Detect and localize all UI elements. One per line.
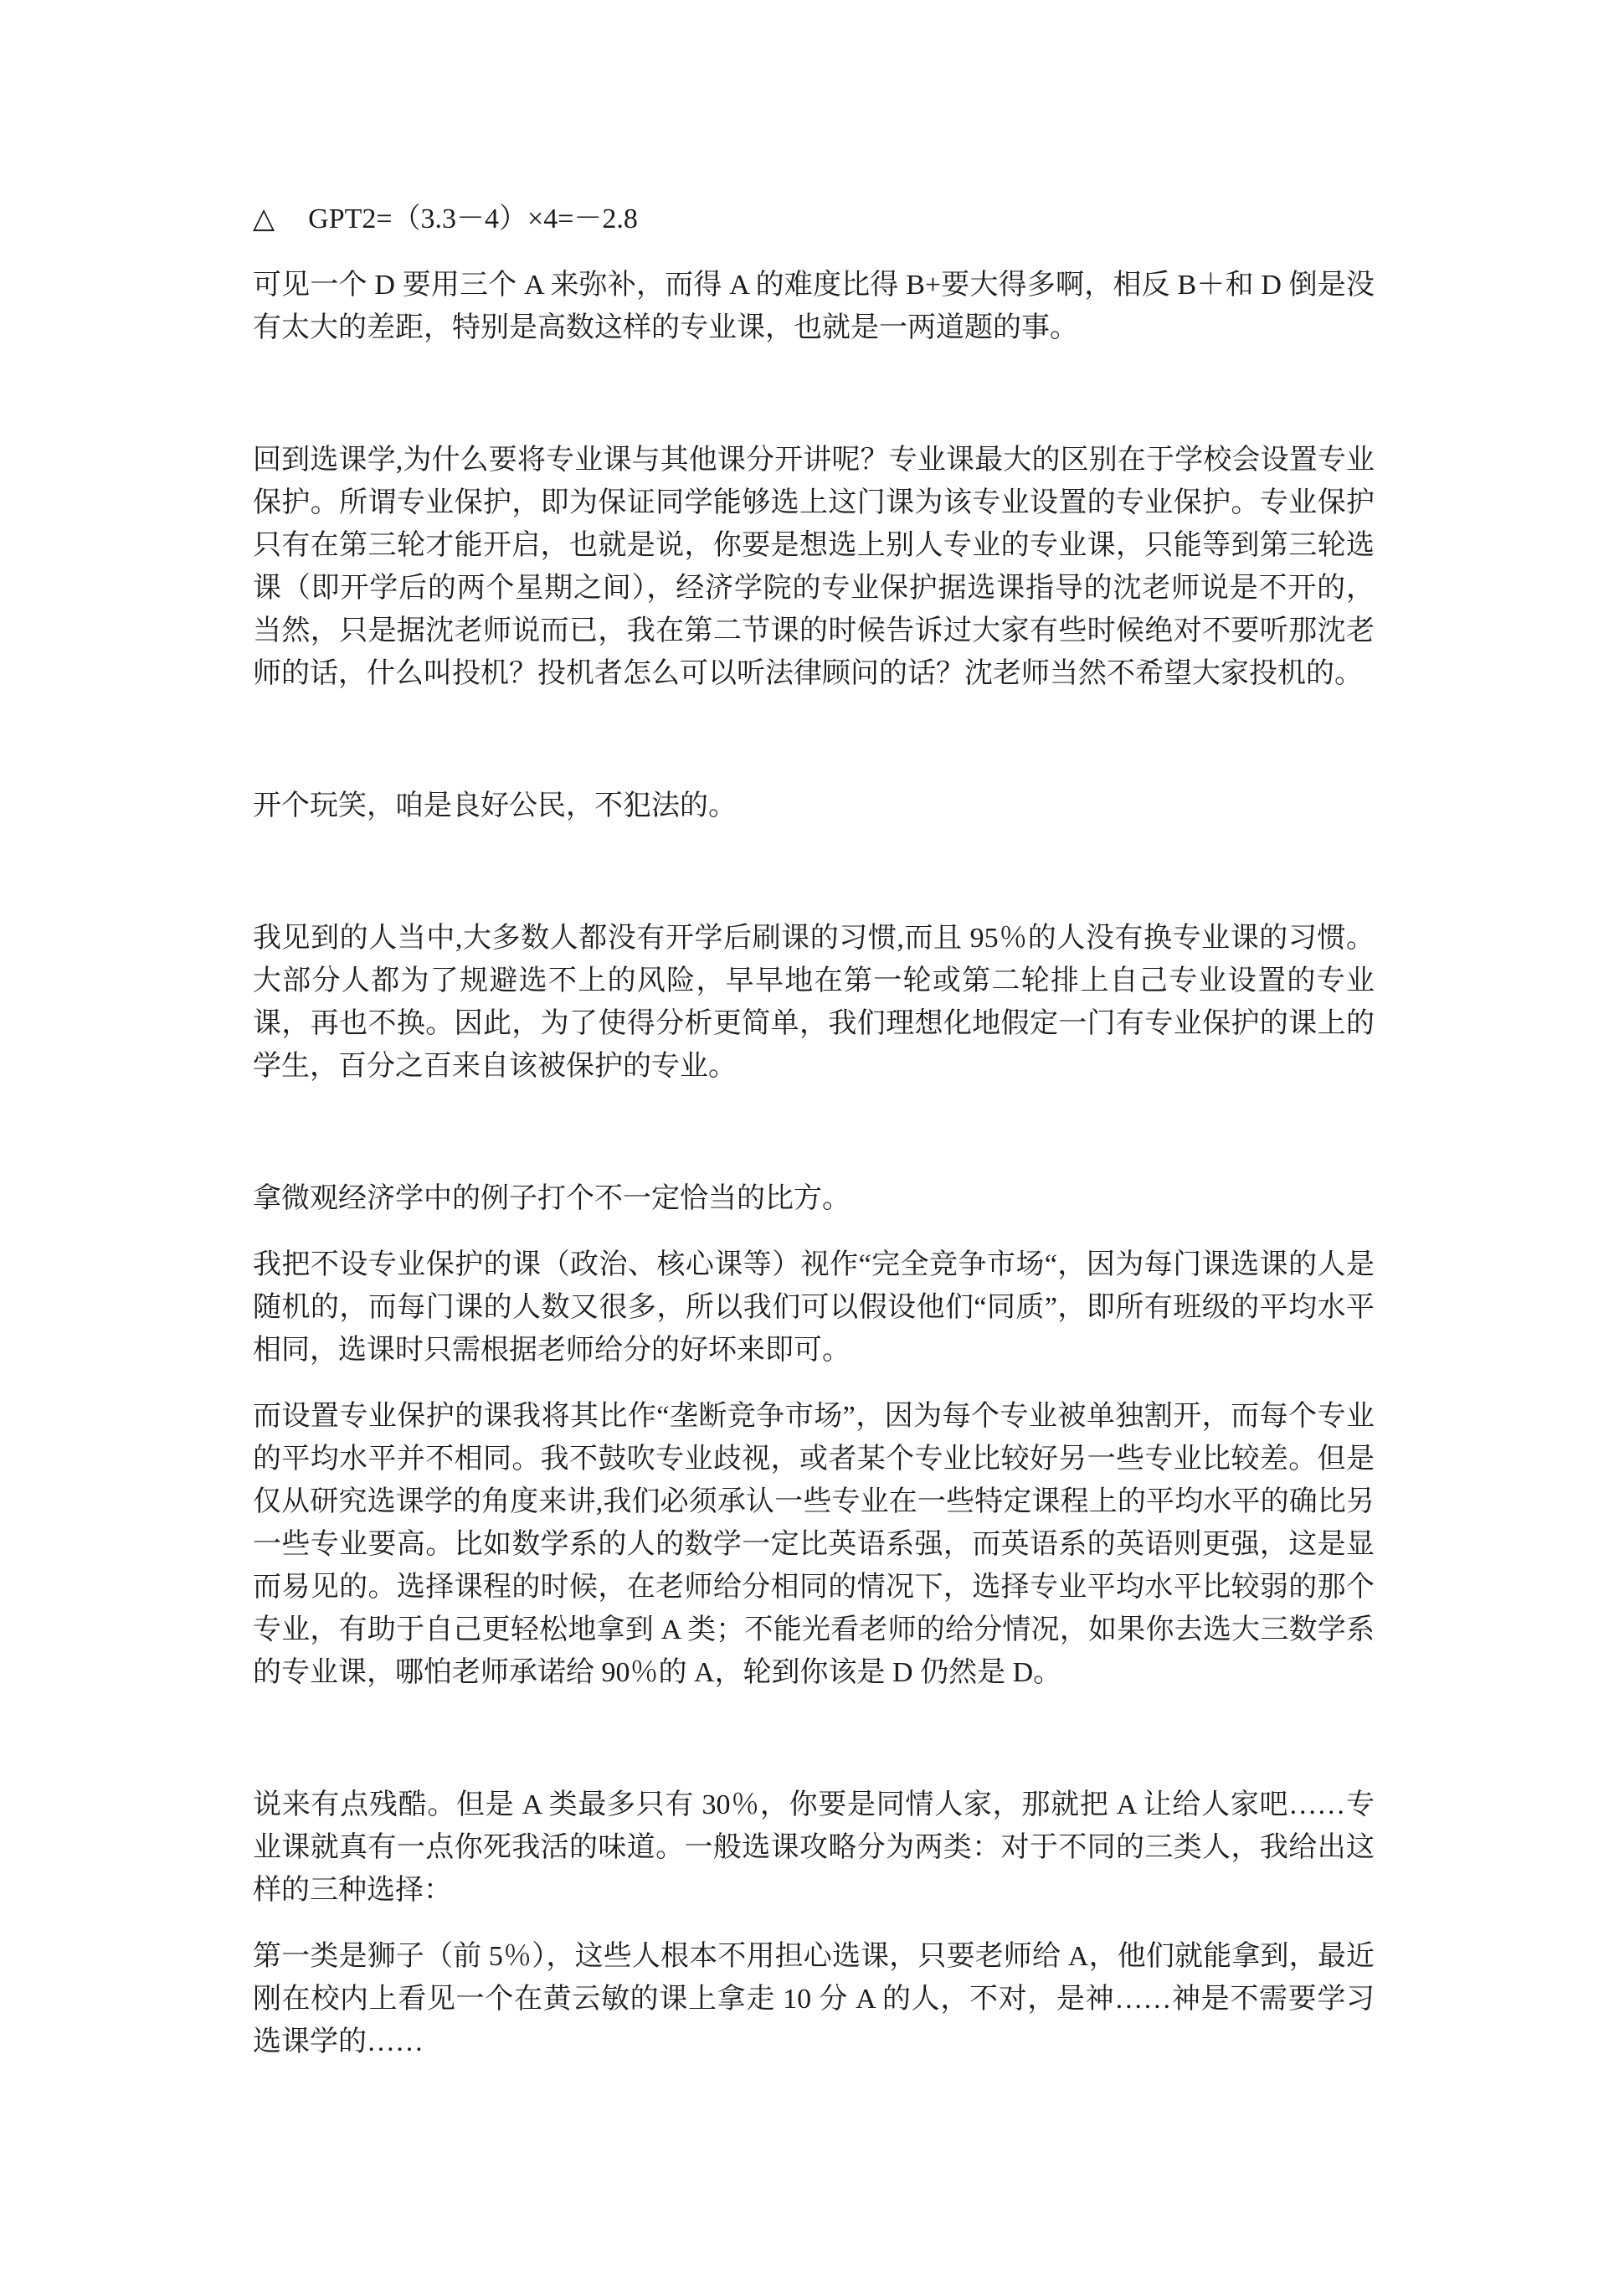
paragraph: 我见到的人当中,大多数人都没有开学后刷课的习惯,而且 95％的人没有换专业课的习… — [253, 917, 1375, 1088]
paragraph: 而设置专业保护的课我将其比作“垄断竞争市场”，因为每个专业被单独割开，而每个专业… — [253, 1395, 1375, 1694]
blank-line — [253, 1717, 1375, 1760]
triangle-bullet-icon: △ — [253, 198, 275, 240]
document-content: △GPT2=（3.3－4）×4=－2.8可见一个 D 要用三个 A 来弥补，而得… — [0, 0, 1624, 2063]
blank-line — [253, 1111, 1375, 1154]
formula-text: GPT2=（3.3－4）×4=－2.8 — [308, 203, 638, 234]
paragraph: 回到选课学,为什么要将专业课与其他课分开讲呢？专业课最大的区别在于学校会设置专业… — [253, 439, 1375, 695]
paragraph: 拿微观经济学中的例子打个不一定恰当的比方。 — [253, 1177, 1375, 1220]
paragraph: 开个玩笑，咱是良好公民，不犯法的。 — [253, 785, 1375, 827]
paragraph: 我把不设专业保护的课（政治、核心课等）视作“完全竞争市场“，因为每门课选课的人是… — [253, 1243, 1375, 1372]
blank-line — [253, 718, 1375, 761]
document-page: △GPT2=（3.3－4）×4=－2.8可见一个 D 要用三个 A 来弥补，而得… — [0, 0, 1624, 2296]
paragraph: 可见一个 D 要用三个 A 来弥补，而得 A 的难度比得 B+要大得多啊，相反 … — [253, 264, 1375, 349]
paragraph: 说来有点残酷。但是 A 类最多只有 30％，你要是同情人家，那就把 A 让给人家… — [253, 1784, 1375, 1912]
blank-line — [253, 851, 1375, 893]
blank-line — [253, 373, 1375, 415]
formula-line: △GPT2=（3.3－4）×4=－2.8 — [253, 198, 1375, 240]
paragraph: 第一类是狮子（前 5％），这些人根本不用担心选课，只要老师给 A，他们就能拿到，… — [253, 1935, 1375, 2063]
